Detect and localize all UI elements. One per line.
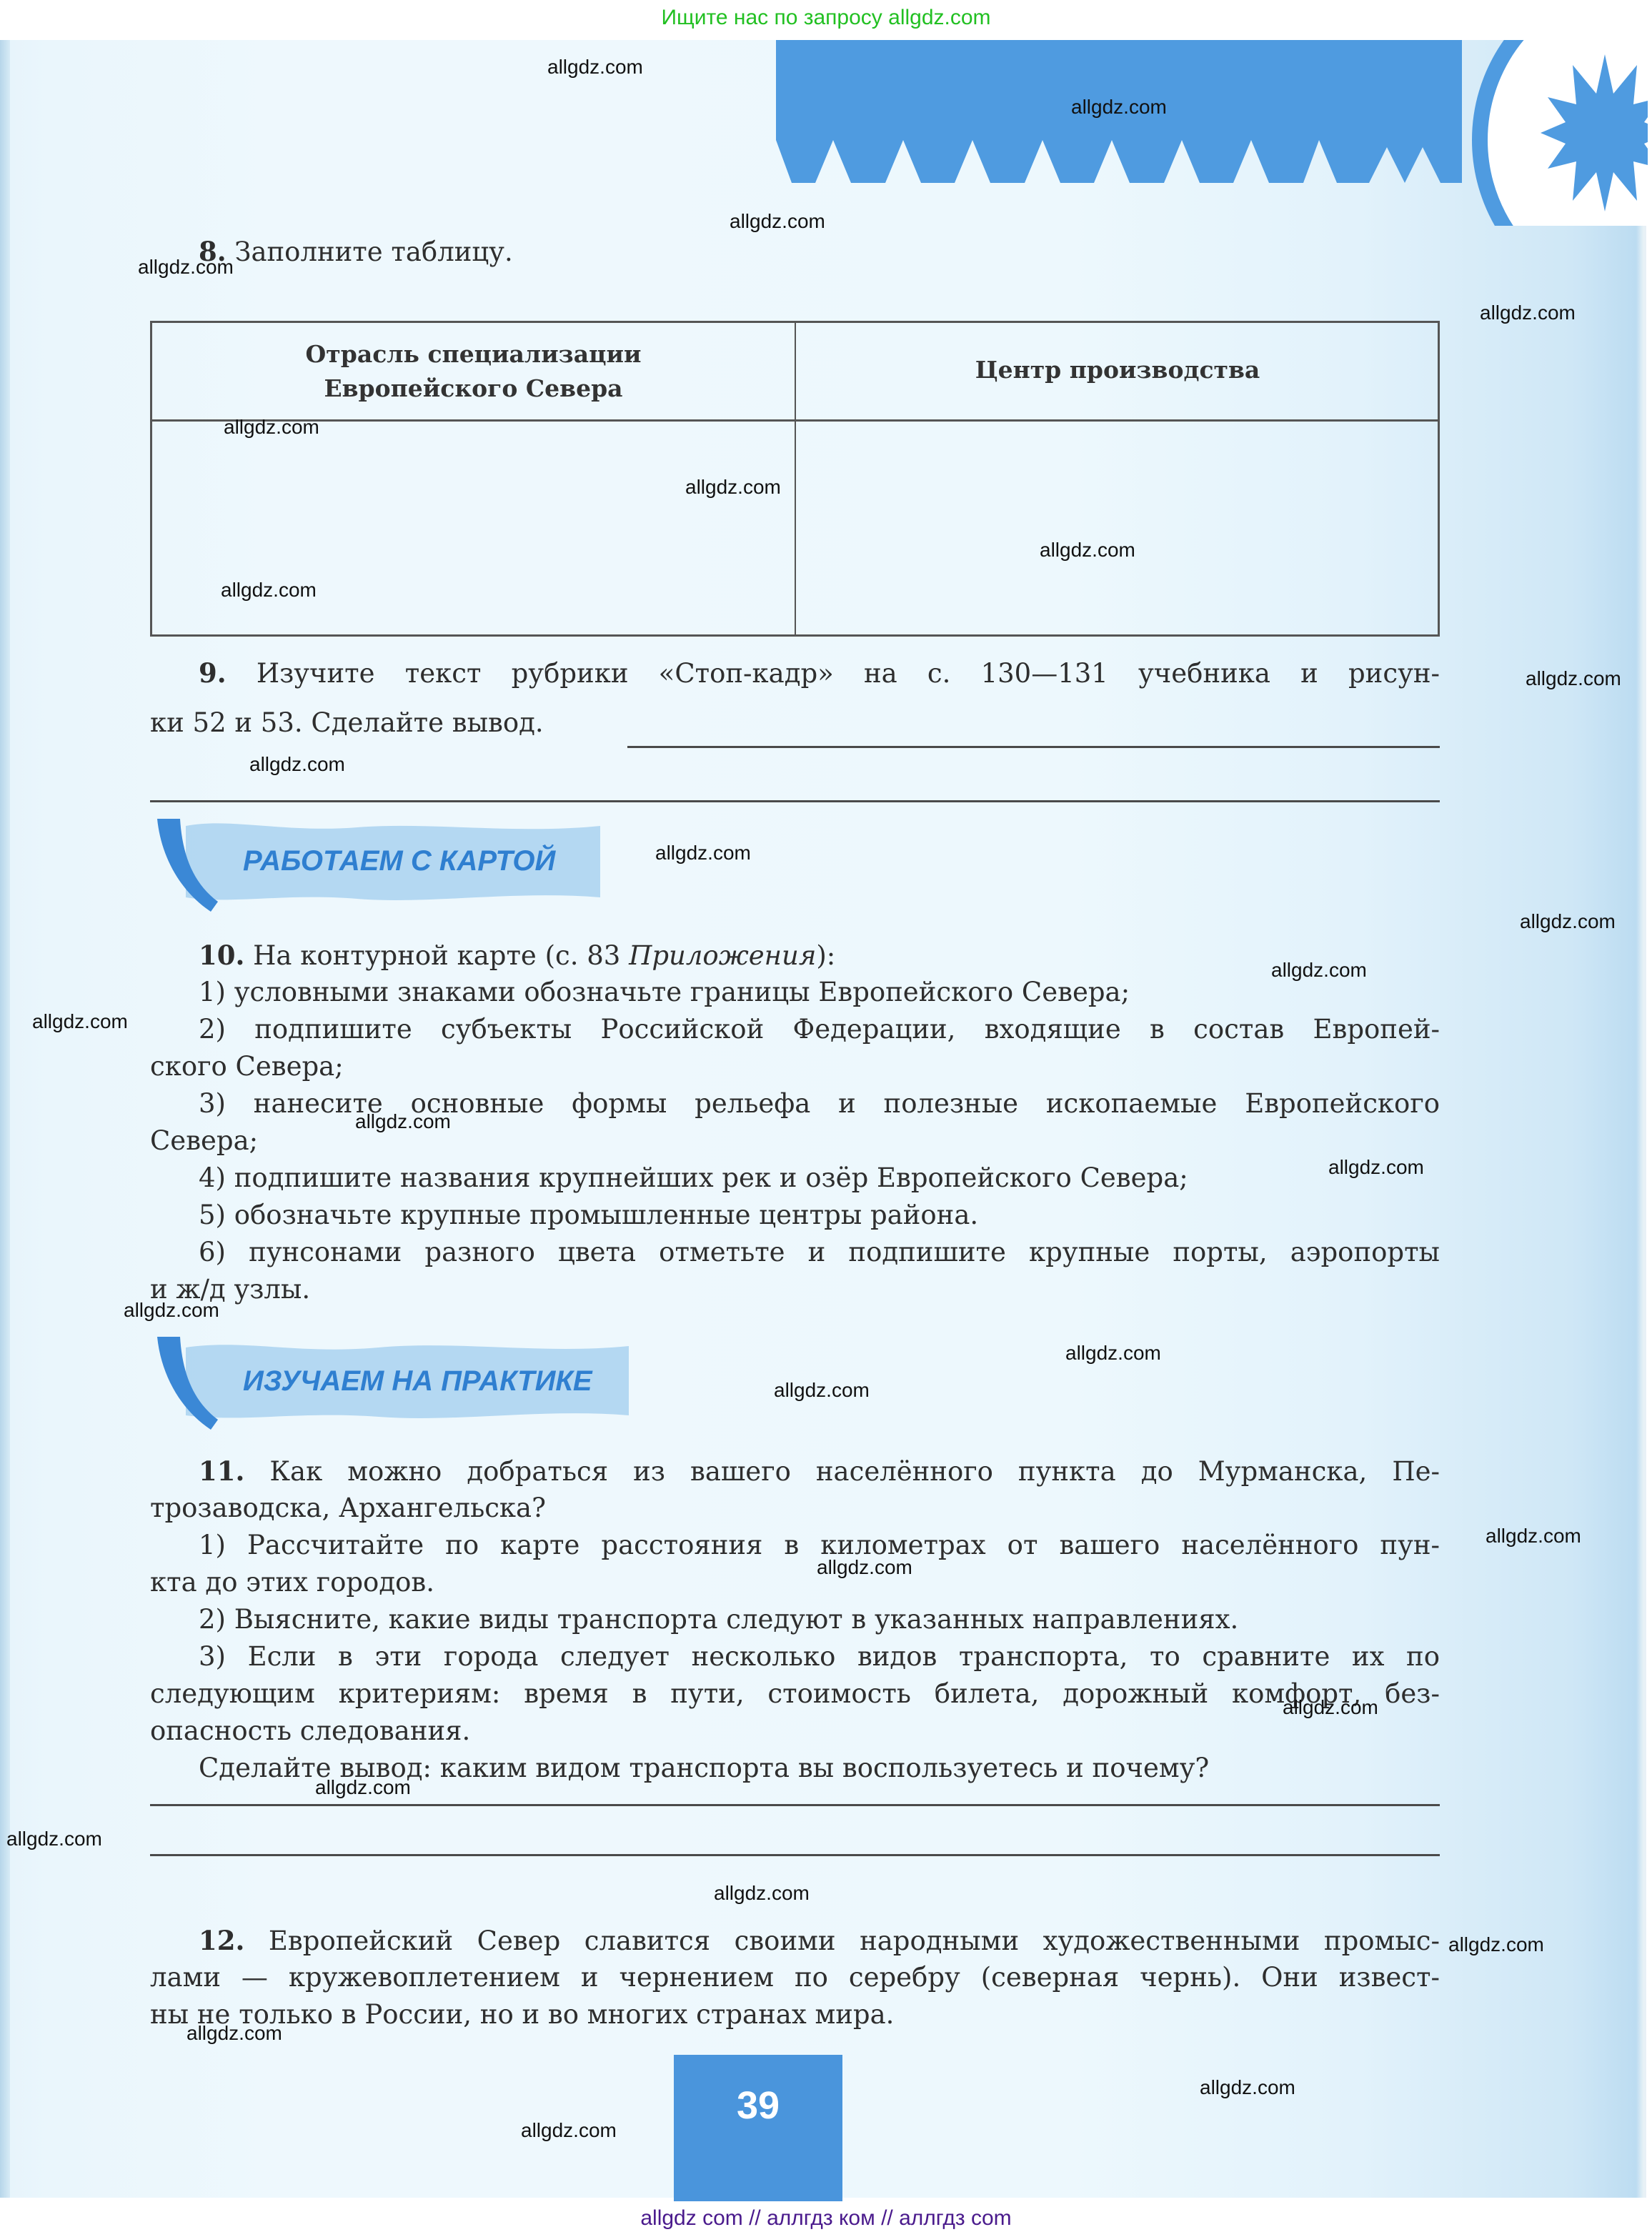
specialization-table: Отрасль специализации Европейского Север…	[150, 321, 1440, 637]
watermark: allgdz.com	[685, 476, 781, 499]
watermark: allgdz.com	[186, 2022, 282, 2045]
watermark: allgdz.com	[521, 2119, 617, 2142]
page-number-tab: 39	[674, 2055, 842, 2201]
task-10-item-4: 4) подпишите названия крупнейших рек и о…	[199, 1160, 1188, 1197]
watermark: allgdz.com	[1200, 2076, 1295, 2099]
task-9-answer-line-1[interactable]	[627, 746, 1440, 748]
watermark: allgdz.com	[221, 579, 317, 602]
watermark: allgdz.com	[224, 416, 319, 439]
watermark: allgdz.com	[1271, 959, 1367, 982]
watermark: allgdz.com	[774, 1379, 870, 1402]
watermark: allgdz.com	[249, 753, 345, 776]
task-12-line-2: лами — кружевоплетением и чернением по с…	[150, 1959, 1440, 1996]
task-11-item-3-cont-2: опасность следования.	[150, 1713, 470, 1750]
table-header-center: Центр производства	[796, 353, 1439, 387]
task-10-item-6: 6) пунсонами разного цвета отметьте и по…	[199, 1234, 1440, 1271]
practice-section-banner: ИЗУЧАЕМ НА ПРАКТИКЕ	[143, 1326, 643, 1433]
task-11-line-1: 11. Как можно добраться из вашего населё…	[199, 1453, 1440, 1490]
watermark: allgdz.com	[124, 1299, 219, 1322]
textbook-page: 8. Заполните таблицу. Отрасль специализа…	[0, 40, 1646, 2198]
watermark: allgdz.com	[1071, 96, 1167, 119]
task-10-item-3-cont: Севера;	[150, 1122, 258, 1160]
watermark: allgdz.com	[1520, 910, 1616, 933]
map-section-banner: РАБОТАЕМ С КАРТОЙ	[143, 812, 600, 919]
task-8-prompt: 8. Заполните таблицу.	[199, 233, 513, 271]
task-10-item-2: 2) подпишите субъекты Российской Федерац…	[199, 1011, 1440, 1048]
page-spine-shadow	[0, 40, 10, 2198]
watermark: allgdz.com	[1328, 1156, 1424, 1179]
task-9-line-1: 9. Изучите текст рубрики «Стоп-кадр» на …	[199, 654, 1440, 692]
task-9-answer-line-2[interactable]	[150, 800, 1440, 802]
watermark: allgdz.com	[1486, 1525, 1581, 1548]
task-9-line-2: ки 52 и 53. Сделайте вывод.	[150, 704, 544, 742]
watermark: allgdz.com	[32, 1010, 128, 1033]
task-10-item-2-cont: ского Севера;	[150, 1048, 344, 1085]
watermark: allgdz.com	[1065, 1342, 1161, 1365]
task-10-item-5: 5) обозначьте крупные промышленные центр…	[199, 1197, 978, 1234]
top-watermark-banner: Ищите нас по запросу allgdz.com	[0, 0, 1652, 37]
watermark: allgdz.com	[355, 1110, 451, 1133]
watermark: allgdz.com	[6, 1828, 102, 1850]
watermark: allgdz.com	[1448, 1933, 1544, 1956]
watermark: allgdz.com	[138, 256, 234, 279]
task-11-answer-line-2[interactable]	[150, 1854, 1440, 1856]
watermark: allgdz.com	[1526, 667, 1621, 690]
table-cell-center-input[interactable]	[796, 422, 1439, 636]
task-11-answer-line-1[interactable]	[150, 1804, 1440, 1806]
watermark: allgdz.com	[1040, 539, 1135, 562]
watermark: allgdz.com	[547, 56, 643, 79]
task-11-item-1-cont: кта до этих городов.	[150, 1564, 434, 1601]
task-10-item-1: 1) условными знаками обозначьте границы …	[199, 974, 1130, 1011]
watermark: allgdz.com	[817, 1556, 912, 1579]
watermark: allgdz.com	[655, 842, 751, 865]
watermark: allgdz.com	[714, 1882, 810, 1905]
watermark: allgdz.com	[730, 210, 825, 233]
watermark: allgdz.com	[1283, 1696, 1378, 1719]
header-decoration-icon	[776, 40, 1648, 226]
table-cell-industry-input[interactable]	[152, 422, 795, 636]
task-10-intro: 10. На контурной карте (с. 83 Приложения…	[199, 937, 835, 975]
task-11-item-3-cont-1: следующим критериям: время в пути, стоим…	[150, 1675, 1440, 1713]
bottom-watermark-banner: allgdz com // аллгдз ком // аллгдз com	[0, 2201, 1652, 2237]
watermark: allgdz.com	[315, 1776, 411, 1799]
watermark: allgdz.com	[1480, 302, 1576, 324]
table-header-industry: Отрасль специализации Европейского Север…	[152, 337, 795, 406]
task-11-item-3: 3) Если в эти города следует несколько в…	[199, 1638, 1440, 1675]
task-12-line-1: 12. Европейский Север славится своими на…	[199, 1922, 1440, 1960]
task-11-item-2: 2) Выясните, какие виды транспорта следу…	[199, 1601, 1238, 1638]
task-11-line-2: трозаводска, Архангельска?	[150, 1490, 546, 1527]
